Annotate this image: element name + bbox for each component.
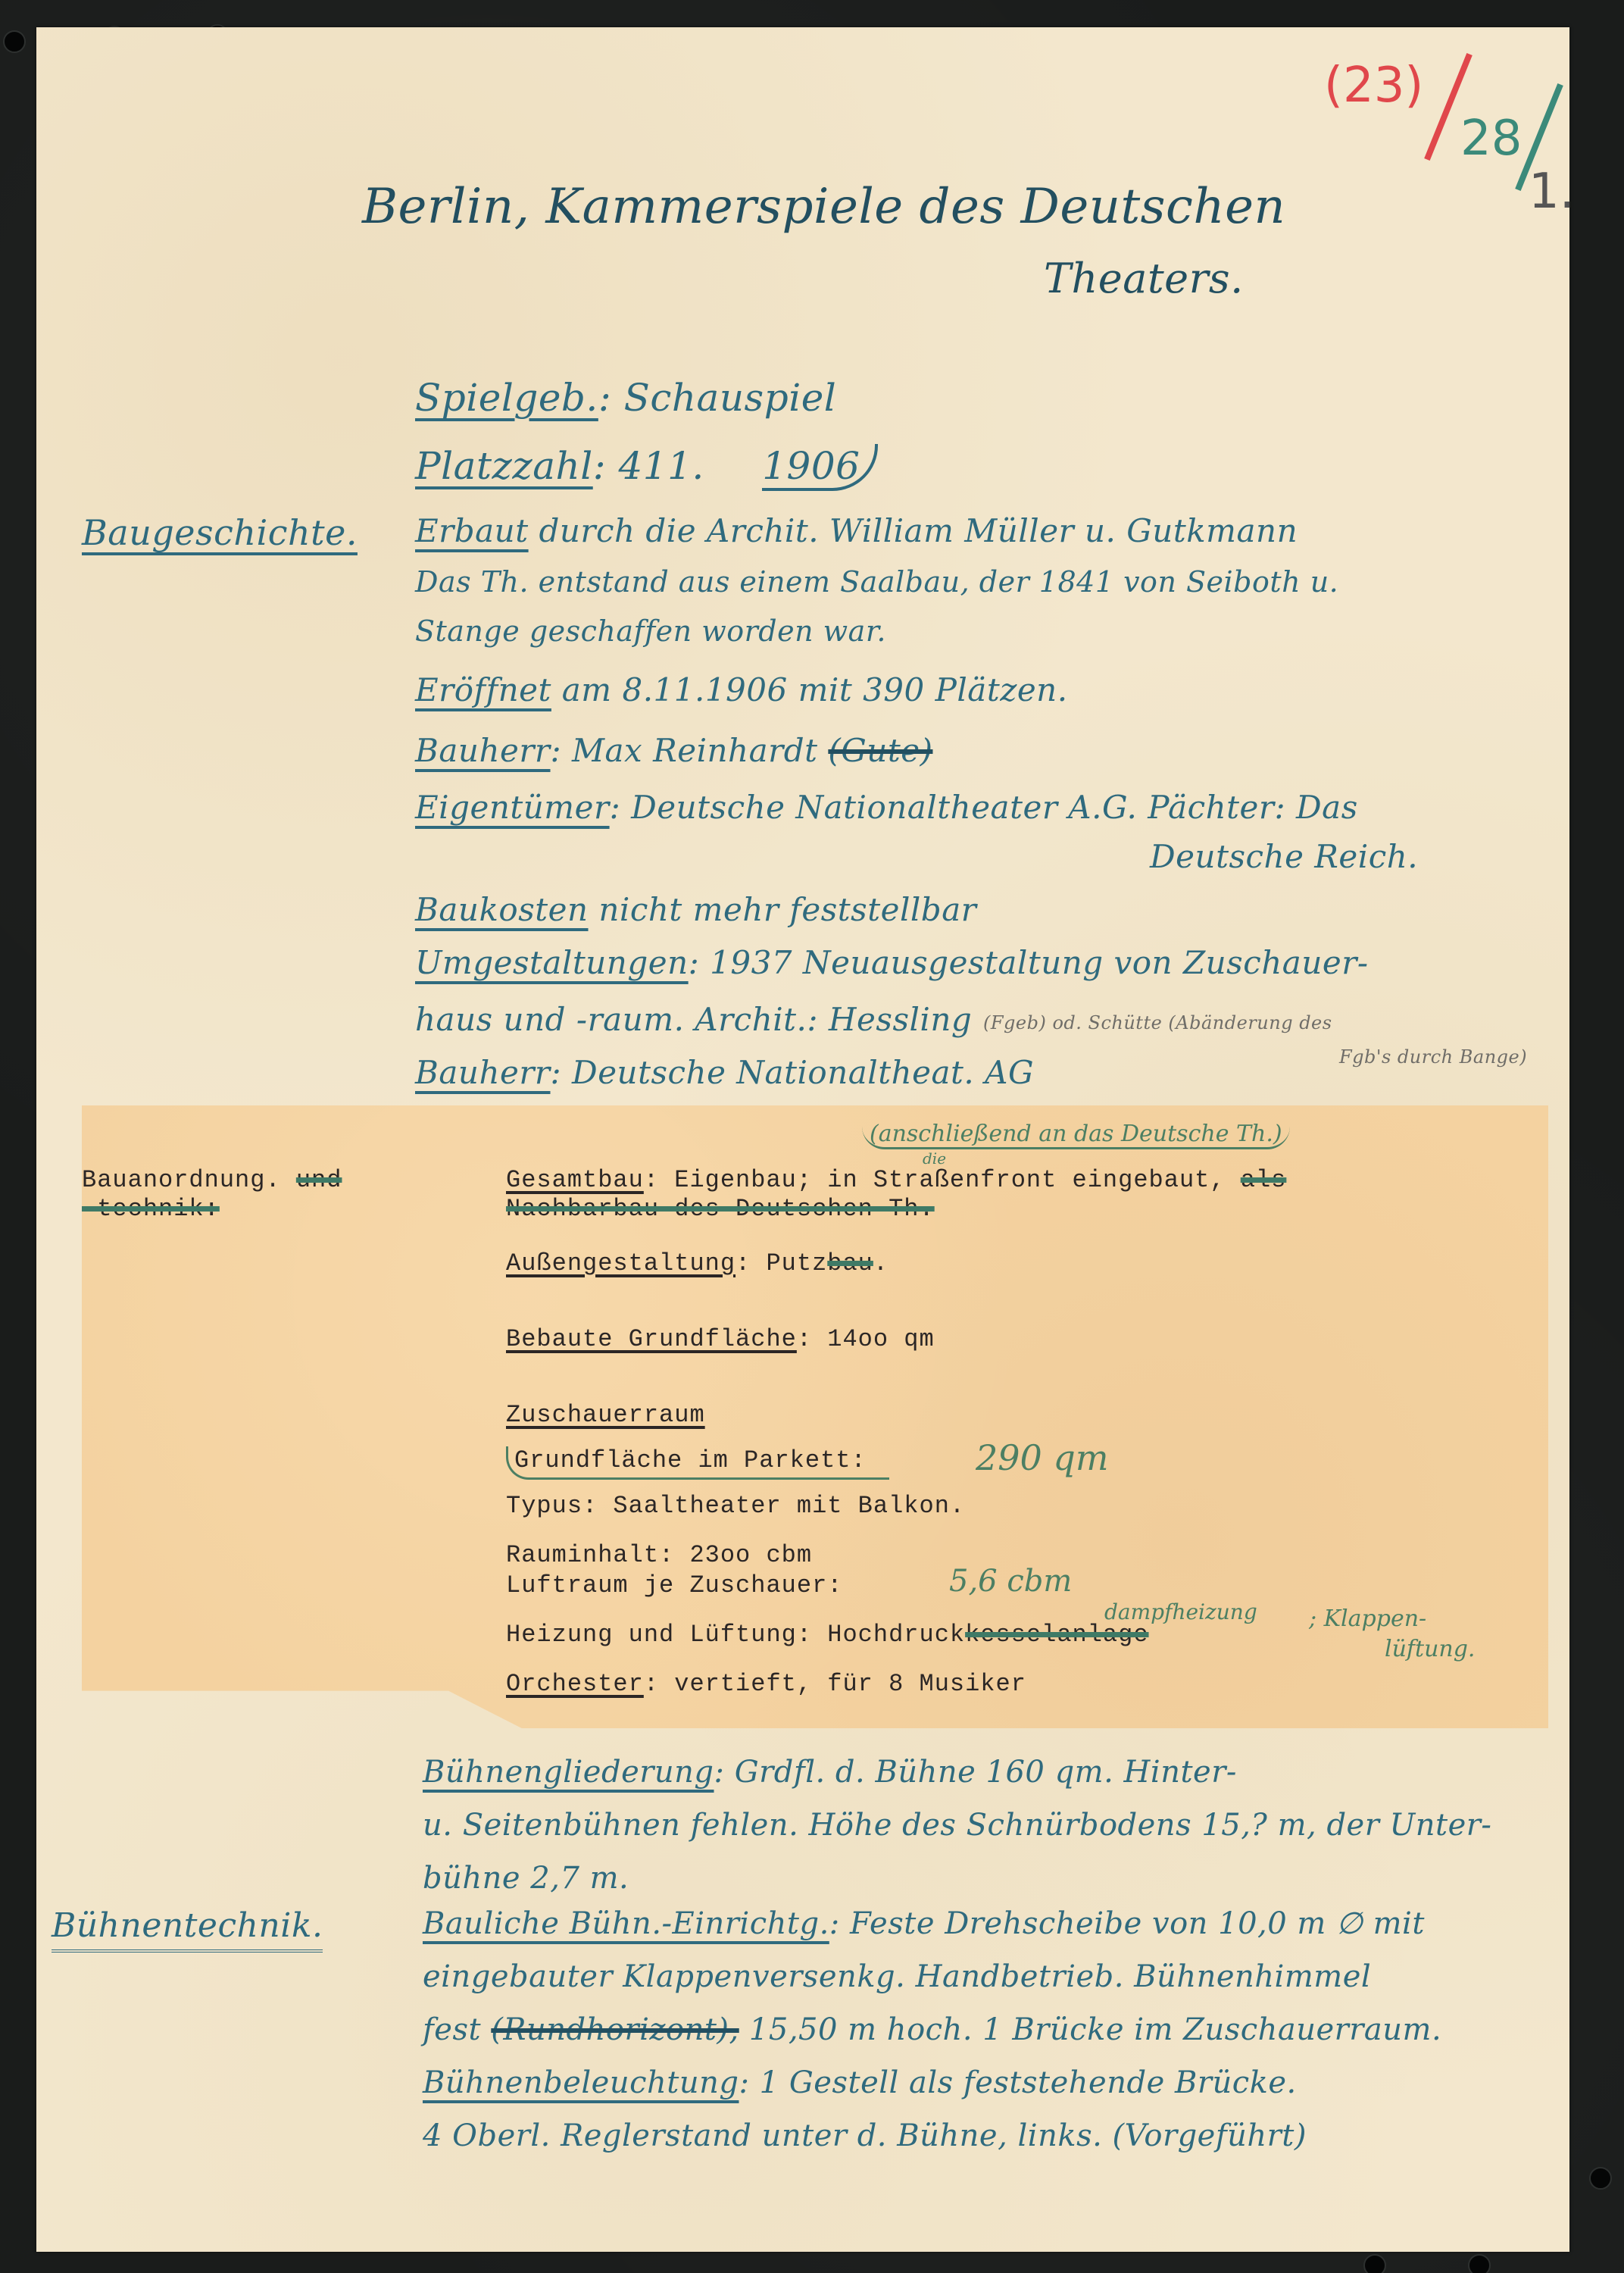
beleuchtung-line: 4 Oberl. Reglerstand unter d. Bühne, lin… (423, 2118, 1307, 2153)
document-title-line2: Theaters. (1044, 255, 1244, 302)
baugeschichte-line: Umgestaltungen: 1937 Neuausgestaltung vo… (415, 944, 1369, 981)
baugeschichte-line: Baukosten nicht mehr feststellbar (415, 891, 976, 928)
sheet-number-red: (23) (1324, 58, 1423, 114)
buehnengliederung-line: bühne 2,7 m. (423, 1861, 629, 1896)
spielgebiet-field: Spielgeb.: Schauspiel (415, 376, 836, 420)
binder-hole (1468, 2254, 1491, 2273)
bauanordnung-section-label: Bauanordnung. und (82, 1166, 342, 1194)
buehnengliederung-line: Bühnengliederung: Grdfl. d. Bühne 160 qm… (423, 1755, 1237, 1790)
spielgebiet-label: Spielgeb. (415, 376, 598, 420)
einrichtung-line: Bauliche Bühn.-Einrichtg.: Feste Drehsch… (423, 1906, 1425, 1941)
baugeschichte-section-label: Baugeschichte. (82, 512, 358, 553)
typus-row: Typus: Saaltheater mit Balkon. (506, 1492, 965, 1520)
baugeschichte-line: Bauherr: Deutsche Nationaltheat. AG (415, 1054, 1034, 1091)
binder-hole (3, 30, 26, 53)
heizung-annotation-right: lüftung. (1385, 1636, 1475, 1662)
baugeschichte-line: Erbaut durch die Archit. William Müller … (415, 512, 1298, 549)
sheet-number-pencil: 1. (1529, 164, 1575, 220)
einrichtung-line: fest (Rundhorizont), 15,50 m hoch. 1 Brü… (423, 2012, 1441, 2047)
baugeschichte-line: Deutsche Reich. (1150, 838, 1418, 875)
document-page: (23) 28 1. Berlin, Kammerspiele des Deut… (36, 27, 1569, 2252)
grundflaeche-row: Bebaute Grundfläche: 14oo qm (506, 1325, 935, 1353)
buehnengliederung-line: u. Seitenbühnen fehlen. Höhe des Schnürb… (423, 1808, 1491, 1843)
pencil-note: (Fgeb) od. Schütte (Abänderung des (983, 1012, 1332, 1033)
typed-slip: Bauanordnung. und -technik: (anschließen… (82, 1105, 1548, 1728)
heizung-row: Heizung und Lüftung: Hochdruckkesselanla… (506, 1621, 1149, 1649)
pencil-note: Fgb's durch Bange) (1339, 1046, 1527, 1068)
parkett-row: Grundfläche im Parkett: (506, 1446, 889, 1480)
beleuchtung-line: Bühnenbeleuchtung: 1 Gestell als festste… (423, 2065, 1297, 2100)
binder-hole (1589, 2167, 1612, 2190)
baugeschichte-line: haus und -raum. Archit.: Hessling (415, 1001, 972, 1038)
gesamtbau-row: Gesamtbau: Eigenbau; in Straßenfront ein… (506, 1166, 1286, 1194)
orchester-row: Orchester: vertieft, für 8 Musiker (506, 1670, 1026, 1698)
binder-hole (1363, 2254, 1386, 2273)
annotation-die: die (923, 1149, 946, 1168)
aussengestaltung-row: Außengestaltung: Putzbau. (506, 1249, 889, 1277)
luftraum-value: 5,6 cbm (949, 1564, 1072, 1599)
bauanordnung-section-label-struck: -technik: (82, 1195, 220, 1223)
platzzahl-value: : 411. (593, 444, 704, 488)
baugeschichte-line: Eröffnet am 8.11.1906 mit 390 Plätzen. (415, 671, 1068, 708)
document-title: Berlin, Kammerspiele des Deutschen (362, 179, 1285, 235)
parkett-value: 290 qm (976, 1437, 1109, 1478)
annotation-anschliessend: (anschließend an das Deutsche Th.) (862, 1121, 1290, 1149)
sheet-number-green: 28 (1460, 111, 1522, 167)
platzzahl-field: Platzzahl: 411. 1906 (415, 444, 878, 488)
heizung-annotation-right: ; Klappen- (1309, 1605, 1426, 1632)
baugeschichte-line: Stange geschaffen worden war. (415, 614, 886, 648)
platzzahl-label: Platzzahl (415, 444, 593, 488)
platzzahl-year: 1906 (762, 444, 878, 491)
spielgebiet-value: : Schauspiel (598, 376, 836, 420)
einrichtung-line: eingebauter Klappenversenkg. Handbetrieb… (423, 1959, 1371, 1994)
zuschauerraum-heading: Zuschauerraum (506, 1401, 705, 1429)
baugeschichte-line: Eigentümer: Deutsche Nationaltheater A.G… (415, 789, 1358, 826)
baugeschichte-line: Bauherr: Max Reinhardt (Gute) (415, 732, 932, 769)
luftraum-row: Luftraum je Zuschauer: (506, 1571, 842, 1599)
rauminhalt-row: Rauminhalt: 23oo cbm (506, 1541, 812, 1569)
baugeschichte-line: Das Th. entstand aus einem Saalbau, der … (415, 565, 1338, 599)
gesamtbau-row-struck: Nachbarbau des Deutschen Th. (506, 1195, 935, 1223)
buehnentechnik-section-label: Bühnentechnik. (52, 1906, 323, 1945)
